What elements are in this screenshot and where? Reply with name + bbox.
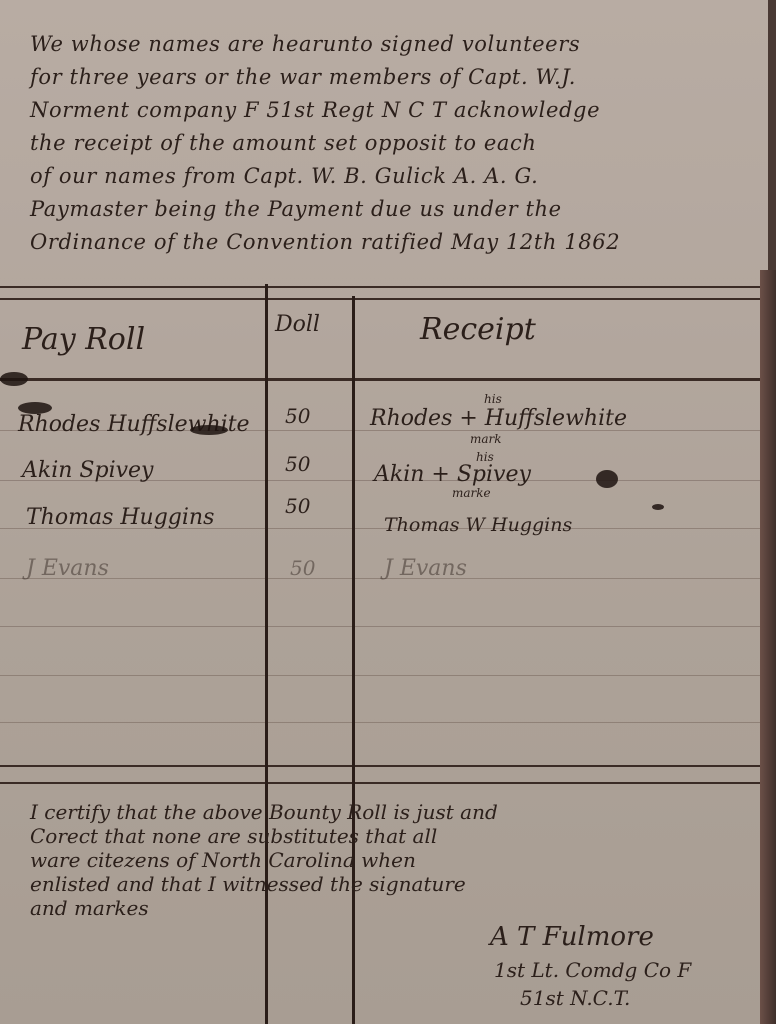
preamble-text: We whose names are hearunto signed volun… (30, 28, 760, 259)
row-rule (0, 675, 768, 676)
table-bottom-rule (0, 765, 768, 767)
header-bottom-rule (0, 378, 768, 381)
preamble-line: Paymaster being the Payment due us under… (30, 193, 760, 226)
certification-line: and markes (30, 896, 760, 920)
signature-unit: 51st N.C.T. (520, 986, 630, 1010)
preamble-line: for three years or the war members of Ca… (30, 61, 760, 94)
row-1-mark-above: his (484, 392, 502, 406)
header-receipt: Receipt (420, 312, 536, 347)
table-bottom-rule-2 (0, 782, 768, 784)
header-payroll: Pay Roll (22, 322, 145, 357)
preamble-line: Norment company F 51st Regt N C T acknow… (30, 94, 760, 127)
certification-line: enlisted and that I witnessed the signat… (30, 872, 760, 896)
row-4-name: J Evans (26, 556, 109, 581)
row-1-mark-below: mark (470, 432, 502, 446)
background-edge (760, 270, 776, 1024)
certification-line: ware citezens of North Carolina when (30, 848, 760, 872)
row-4-amount: 50 (290, 556, 315, 580)
table-top-rule-2 (0, 298, 768, 300)
row-4-receipt: J Evans (384, 556, 467, 581)
row-2-name: Akin Spivey (22, 458, 153, 483)
row-1-receipt: Rhodes + Huffslewhite (370, 406, 627, 431)
row-2-mark-below: marke (452, 486, 491, 500)
row-3-name: Thomas Huggins (26, 505, 214, 530)
row-1-amount: 50 (285, 404, 310, 428)
row-2-receipt: Akin + Spivey (374, 462, 531, 487)
row-3-amount: 50 (285, 494, 310, 518)
row-rule (0, 722, 768, 723)
row-3-receipt: Thomas W Huggins (384, 514, 572, 536)
header-dollars: Doll (275, 312, 320, 337)
preamble-line: Ordinance of the Convention ratified May… (30, 226, 760, 259)
row-rule (0, 626, 768, 627)
signature-title: 1st Lt. Comdg Co F (494, 958, 691, 982)
certification-line: I certify that the above Bounty Roll is … (30, 800, 760, 824)
ink-blot (652, 504, 664, 510)
certification-text: I certify that the above Bounty Roll is … (30, 800, 760, 920)
preamble-line: of our names from Capt. W. B. Gulick A. … (30, 160, 760, 193)
preamble-line: We whose names are hearunto signed volun… (30, 28, 760, 61)
document-page: We whose names are hearunto signed volun… (0, 0, 768, 1024)
certification-line: Corect that none are substitutes that al… (30, 824, 760, 848)
preamble-line: the receipt of the amount set opposit to… (30, 127, 760, 160)
row-2-amount: 50 (285, 452, 310, 476)
ink-blot (0, 372, 28, 386)
ink-blot (190, 425, 228, 435)
ink-blot (596, 470, 618, 488)
signature-name: A T Fulmore (490, 922, 654, 952)
table-top-rule (0, 286, 768, 288)
ink-blot (18, 402, 52, 414)
